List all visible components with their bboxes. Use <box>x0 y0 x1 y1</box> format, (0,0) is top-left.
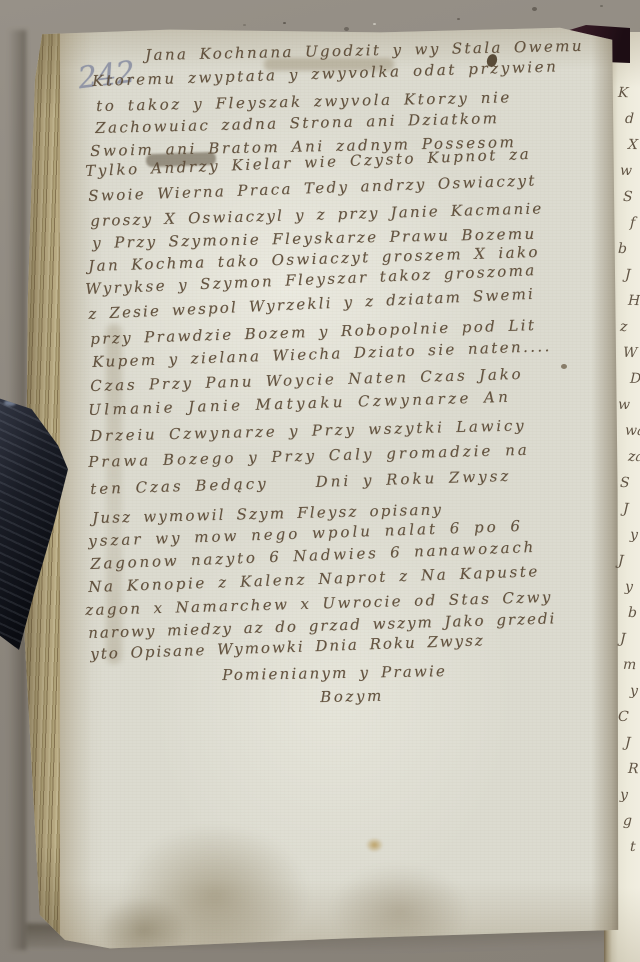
facing-page-text-fragments: KdXwSfbJHzWDwwazaSJyJybJmyCJRygt <box>0 0 640 962</box>
facing-page-line-fragment: J <box>620 631 626 647</box>
facing-page-line-fragment: z <box>620 319 628 335</box>
facing-page-line-fragment: y <box>630 527 638 543</box>
facing-page-line-fragment: wa <box>625 423 640 440</box>
facing-page-line-fragment: za <box>628 449 640 466</box>
facing-page-line-fragment: w <box>618 397 631 413</box>
facing-page-line-fragment: J <box>618 553 624 569</box>
facing-page-line-fragment: y <box>620 787 628 803</box>
facing-page-line-fragment: g <box>623 813 633 829</box>
facing-page-line-fragment: S <box>623 189 633 205</box>
facing-page-line-fragment: b <box>618 241 628 257</box>
facing-page-line-fragment: y <box>630 683 638 699</box>
facing-page-line-fragment: J <box>623 501 629 517</box>
facing-page-line-fragment: X <box>628 137 639 153</box>
facing-page-line-fragment: K <box>618 85 629 101</box>
facing-page-line-fragment: W <box>623 345 638 361</box>
facing-page-line-fragment: y <box>625 579 633 595</box>
facing-page-line-fragment: f <box>630 215 636 231</box>
facing-page-line-fragment: J <box>625 735 631 751</box>
facing-page-line-fragment: m <box>623 657 637 673</box>
facing-page-line-fragment: H <box>628 293 640 309</box>
facing-page-line-fragment: t <box>630 839 636 855</box>
facing-page-line-fragment: D <box>630 371 640 387</box>
facing-page-line-fragment: C <box>618 709 629 725</box>
facing-page-line-fragment: b <box>628 605 638 621</box>
facing-page-line-fragment: w <box>620 163 633 179</box>
photo-of-manuscript-book: 242 Jana Kochnana Ugodzit y wy Stala Owe… <box>0 0 640 962</box>
facing-page-line-fragment: d <box>625 111 635 127</box>
facing-page-line-fragment: S <box>620 475 630 491</box>
facing-page-line-fragment: R <box>628 761 639 777</box>
facing-page-line-fragment: J <box>625 267 631 283</box>
